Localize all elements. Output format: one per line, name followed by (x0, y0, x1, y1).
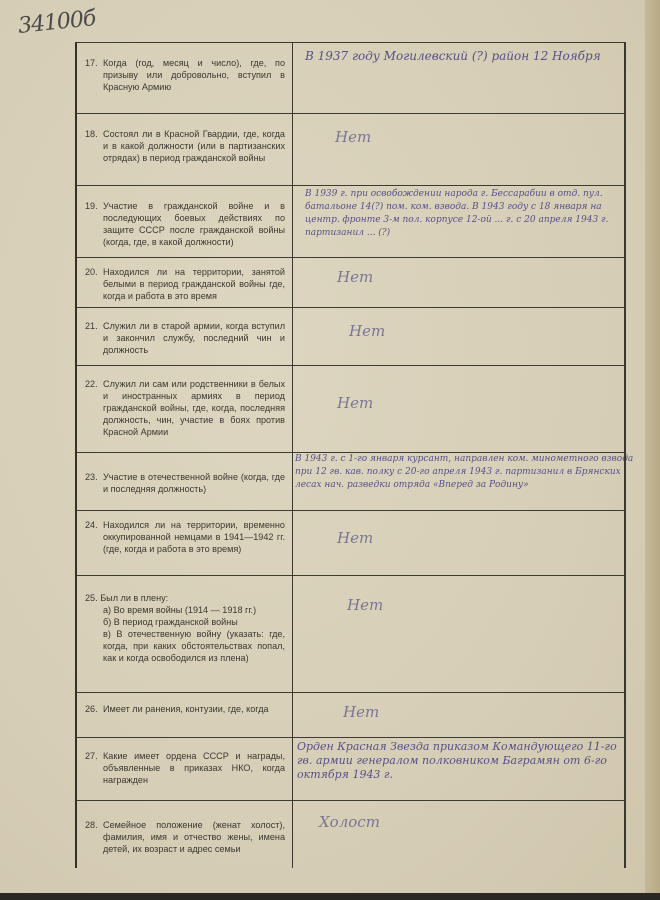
column-divider (292, 42, 293, 868)
question-number: 27. (85, 750, 103, 762)
table-row: 26. Имеет ли ранения, контузии, где, ког… (75, 692, 625, 738)
answer-cell: Нет (337, 270, 657, 284)
answer-cell: Нет (349, 324, 660, 338)
question-cell: 17. Когда (год, месяц и число), где, по … (85, 57, 285, 93)
question-cell: 23. Участие в отечественной войне (когда… (85, 471, 285, 495)
table-row: 19. Участие в гражданской войне и в посл… (75, 185, 625, 258)
question-subitem-c: в) В отечественную войну (указать: где, … (85, 628, 285, 664)
question-text: Имеет ли ранения, контузии, где, когда (85, 703, 285, 715)
answer-cell: Нет (343, 705, 660, 719)
question-text: Находился ли на территории, занятой белы… (85, 266, 285, 302)
question-number: 19. (85, 200, 103, 212)
question-cell: 19. Участие в гражданской войне и в посл… (85, 200, 285, 248)
answer-cell: Орден Красная Звезда приказом Командующе… (297, 740, 617, 782)
question-cell: 28. Семейное положение (женат холост), ф… (85, 819, 285, 855)
question-subitem-b: б) В период гражданской войны (85, 616, 285, 628)
question-text: Служил ли сам или родственники в белых и… (85, 378, 285, 438)
question-text: Участие в отечественной войне (когда, гд… (85, 471, 285, 495)
table-row: 27. Какие имеет ордена СССР и награды, о… (75, 737, 625, 801)
question-cell: 21. Служил ли в старой армии, когда всту… (85, 320, 285, 356)
question-cell: 27. Какие имеет ордена СССР и награды, о… (85, 750, 285, 786)
question-cell: 26. Имеет ли ранения, контузии, где, ког… (85, 703, 285, 715)
table-row: 21. Служил ли в старой армии, когда всту… (75, 307, 625, 366)
question-cell: 20. Находился ли на территории, занятой … (85, 266, 285, 302)
question-cell: 25. Был ли в плену: а) Во время войны (1… (85, 592, 285, 664)
answer-cell: Холост (319, 815, 639, 829)
answer-cell: Нет (335, 130, 655, 144)
answer-cell: В 1943 г. с 1-го января курсант, направл… (295, 453, 635, 492)
question-cell: 22. Служил ли сам или родственники в бел… (85, 378, 285, 438)
table-row: 28. Семейное положение (женат холост), ф… (75, 800, 625, 869)
question-text: Какие имеет ордена СССР и награды, объяв… (85, 750, 285, 786)
question-number: 24. (85, 519, 103, 531)
question-number: 21. (85, 320, 103, 332)
question-subitem-a: а) Во время войны (1914 — 1918 гг.) (85, 604, 285, 616)
table-row: 24. Находился ли на территории, временно… (75, 510, 625, 576)
table-row: 17. Когда (год, месяц и число), где, по … (75, 42, 625, 114)
question-cell: 24. Находился ли на территории, временно… (85, 519, 285, 555)
table-row: 23. Участие в отечественной войне (когда… (75, 452, 625, 511)
question-number: 26. (85, 703, 103, 715)
question-text: Участие в гражданской войне и в последую… (85, 200, 285, 248)
answer-cell: Нет (337, 396, 657, 410)
answer-cell: В 1939 г. при освобождении народа г. Бес… (305, 188, 635, 240)
question-number: 18. (85, 128, 103, 140)
question-text: Когда (год, месяц и число), где, по приз… (85, 57, 285, 93)
question-number: 17. (85, 57, 103, 69)
table-border-right (624, 42, 626, 868)
question-number: 22. (85, 378, 103, 390)
questionnaire-table: 17. Когда (год, месяц и число), где, по … (75, 42, 625, 868)
table-row: 20. Находился ли на территории, занятой … (75, 257, 625, 308)
answer-cell: В 1937 году Могилевский (?) район 12 Ноя… (305, 49, 615, 63)
table-row: 18. Состоял ли в Красной Гвардии, где, к… (75, 113, 625, 186)
table-row: 25. Был ли в плену: а) Во время войны (1… (75, 575, 625, 693)
question-cell: 18. Состоял ли в Красной Гвардии, где, к… (85, 128, 285, 164)
question-number: 20. (85, 266, 103, 278)
question-text: Состоял ли в Красной Гвардии, где, когда… (85, 128, 285, 164)
answer-cell: Нет (347, 598, 660, 612)
scan-border (0, 893, 660, 900)
question-text: Был ли в плену: (100, 593, 168, 603)
question-text: Семейное положение (женат холост), фамил… (85, 819, 285, 855)
table-border-left (75, 42, 77, 868)
question-text: Служил ли в старой армии, когда вступил … (85, 320, 285, 356)
question-text: Находился ли на территории, временно окк… (85, 519, 285, 555)
question-number: 25. (85, 593, 98, 603)
table-row: 22. Служил ли сам или родственники в бел… (75, 365, 625, 453)
answer-cell: Нет (337, 531, 657, 545)
question-number: 28. (85, 819, 103, 831)
question-number: 23. (85, 471, 103, 483)
